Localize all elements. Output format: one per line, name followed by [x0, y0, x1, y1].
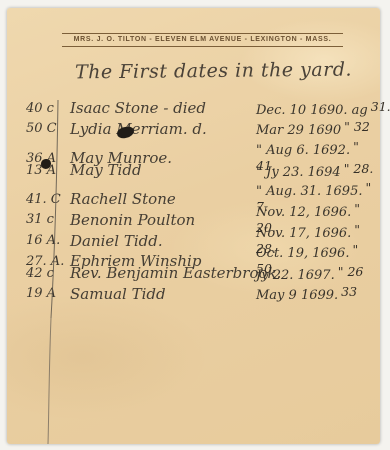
entry-margin-code: 40 c	[20, 101, 58, 116]
entry-age: " 32	[341, 119, 370, 134]
entry-row: 50 C Lydia Merriam. d. Mar 29 1690" 32	[20, 119, 378, 140]
entry-margin-code: 42 c	[20, 266, 58, 281]
entry-margin-code: 19 A	[20, 286, 58, 301]
entry-date: " Aug 6. 1692.	[256, 143, 350, 158]
entry-age: " 28.	[341, 161, 374, 176]
entry-date: " Aug. 31. 1695.	[256, 184, 362, 199]
entry-name: Samual Tidd	[70, 285, 256, 303]
entry-row: 36 A May Munroe. " Aug 6. 1692." 41.	[20, 139, 378, 160]
entry-age: 33	[338, 284, 357, 299]
entry-date: Mar 29 1690	[256, 123, 341, 138]
entry-row: 19 A Samual Tidd May 9 1699.33	[20, 283, 378, 304]
paper-sheet: MRS. J. O. TILTON - ELEVEN ELM AVENUE - …	[7, 8, 380, 444]
entry-row: 40 c Isaac Stone - died Dec. 10 1690. ag…	[20, 98, 378, 119]
letterhead-text: MRS. J. O. TILTON - ELEVEN ELM AVENUE - …	[74, 36, 332, 43]
entry-margin-code: 50 C	[20, 121, 58, 136]
entry-age: 31.	[368, 99, 390, 114]
entry-date: May 9 1699.	[256, 288, 338, 303]
page-title: The First dates in the yard.	[75, 59, 345, 84]
entry-name: Lydia Merriam. d.	[70, 120, 256, 138]
entry-date-cell: Dec. 10 1690. ag31.	[256, 99, 390, 118]
entry-date-cell: May 9 1699.33	[256, 284, 378, 303]
entry-date-cell: Mar 29 1690" 32	[256, 119, 378, 138]
entry-row: 42 c Rev. Benjamin Easterbrook. Jy 22. 1…	[20, 263, 378, 284]
entry-name: Rev. Benjamin Easterbrook.	[70, 264, 256, 282]
entry-margin-code: 16 A.	[20, 233, 58, 248]
scanned-document: MRS. J. O. TILTON - ELEVEN ELM AVENUE - …	[0, 0, 390, 450]
entry-name: Isaac Stone - died	[70, 99, 256, 117]
letterhead: MRS. J. O. TILTON - ELEVEN ELM AVENUE - …	[62, 33, 343, 47]
entry-margin-code: 41. C	[20, 192, 58, 207]
entry-name: Rachell Stone	[70, 190, 256, 208]
entry-margin-code: 13 A	[20, 163, 58, 178]
entry-name: May Tidd	[70, 161, 256, 179]
entry-row: 41. C Rachell Stone " Aug. 31. 1695." 7.	[20, 180, 378, 201]
entry-age: " 26	[335, 264, 364, 279]
entry-name: Daniel Tidd.	[70, 232, 256, 250]
entry-row: 13 A May Tidd " Jy 23. 1694" 28.	[20, 160, 378, 181]
entry-date: Nov. 12, 1696.	[256, 205, 351, 220]
entry-margin-code: 31 c	[20, 212, 58, 227]
entry-name: Benonin Poulton	[70, 211, 256, 229]
entry-date: Dec. 10 1690. ag	[256, 103, 368, 118]
entries-list: 40 c Isaac Stone - died Dec. 10 1690. ag…	[20, 98, 378, 304]
